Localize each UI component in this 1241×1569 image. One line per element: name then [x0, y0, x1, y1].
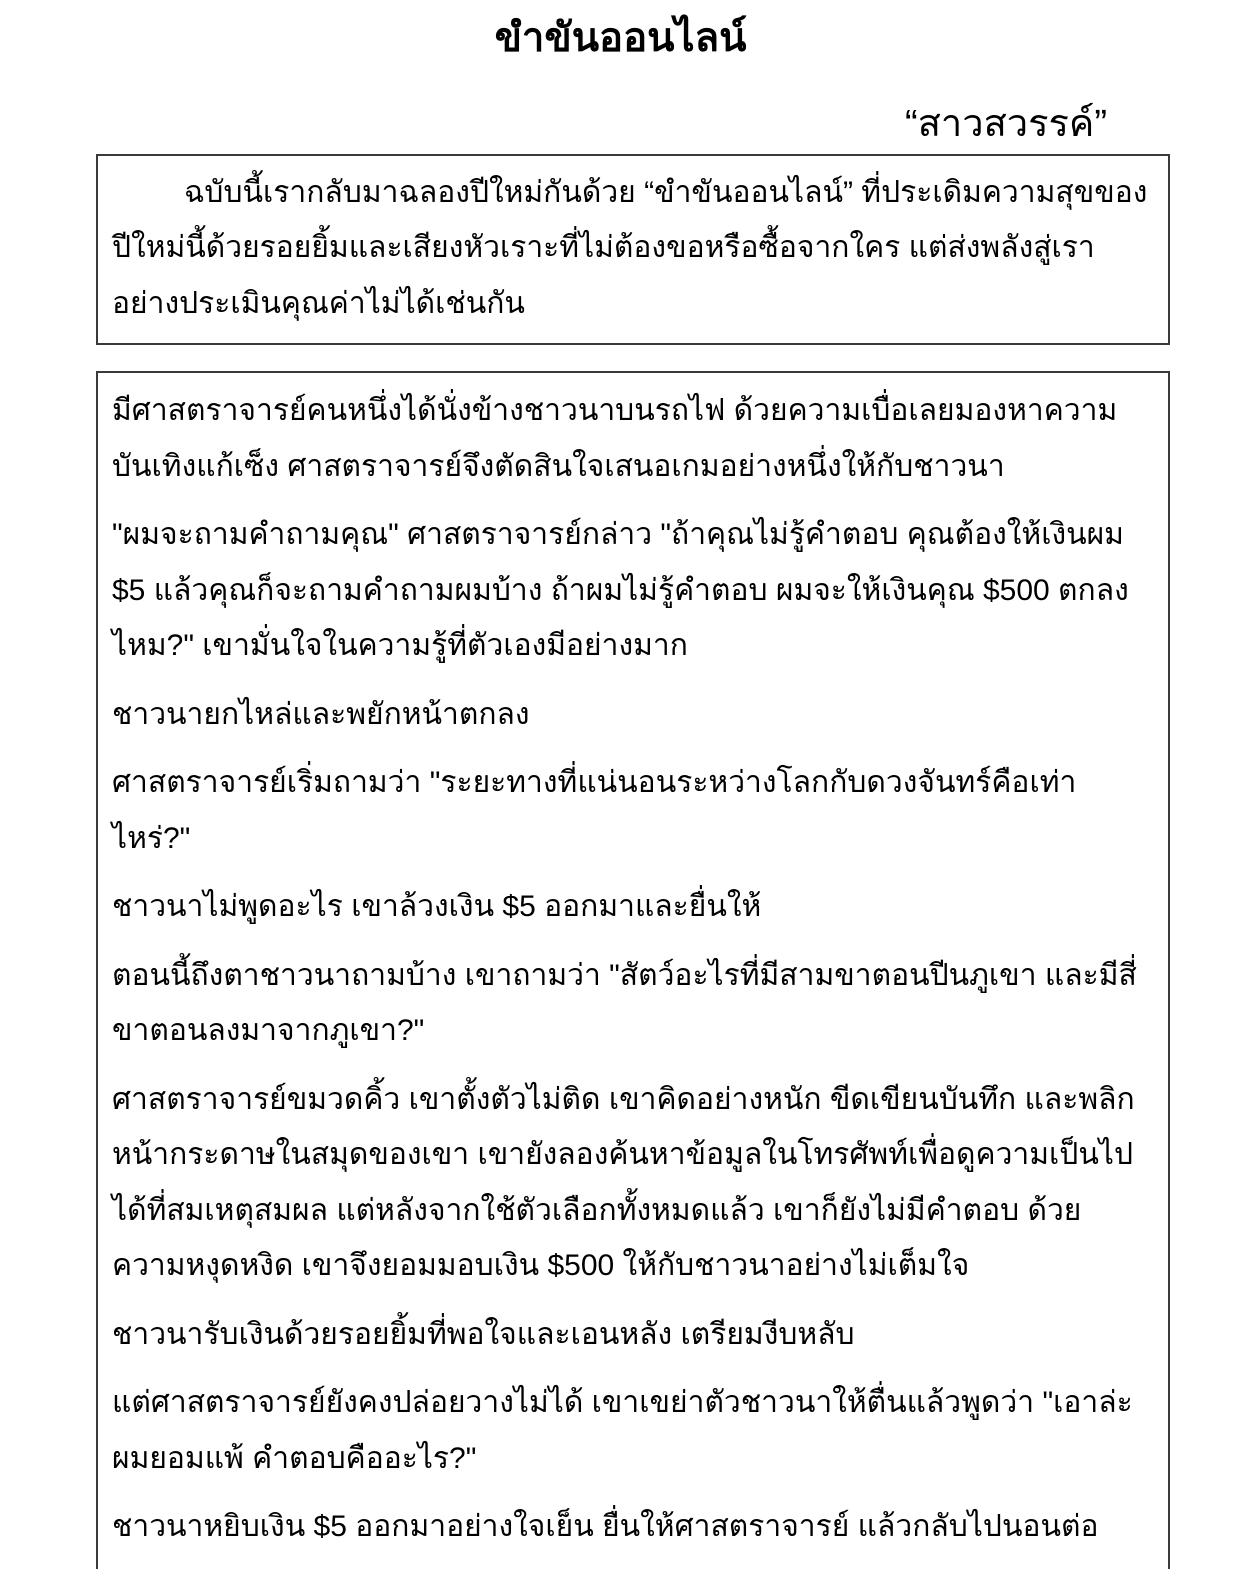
story-paragraph: แต่ศาสตราจารย์ยังคงปล่อยวางไม่ได้ เขาเขย… — [112, 1375, 1154, 1486]
story-paragraph: ศาสตราจารย์ขมวดคิ้ว เขาตั้งตัวไม่ติด เขา… — [112, 1072, 1154, 1294]
story-paragraph: มีศาสตราจารย์คนหนึ่งได้นั่งข้างชาวนาบนรถ… — [112, 383, 1154, 494]
story-paragraph: ชาวนารับเงินด้วยรอยยิ้มที่พอใจและเอนหลัง… — [112, 1307, 1154, 1363]
story-paragraph: ชาวนายกไหล่และพยักหน้าตกลง — [112, 687, 1154, 743]
attribution: “สาวสวรรค์” — [0, 102, 1241, 148]
intro-paragraph: ฉบับนี้เรากลับมาฉลองปีใหม่กันด้วย “ขำขัน… — [112, 165, 1154, 332]
story-paragraph: ชาวนาหยิบเงิน $5 ออกมาอย่างใจเย็น ยื่นให… — [112, 1499, 1154, 1555]
story-paragraph: ศาสตราจารย์เริ่มถามว่า "ระยะทางที่แน่นอน… — [112, 755, 1154, 866]
story-box: มีศาสตราจารย์คนหนึ่งได้นั่งข้างชาวนาบนรถ… — [96, 371, 1170, 1569]
story-paragraph: ตอนนี้ถึงตาชาวนาถามบ้าง เขาถามว่า "สัตว์… — [112, 948, 1154, 1059]
story-paragraph: "ผมจะถามคำถามคุณ" ศาสตราจารย์กล่าว "ถ้าค… — [112, 507, 1154, 674]
intro-box: ฉบับนี้เรากลับมาฉลองปีใหม่กันด้วย “ขำขัน… — [96, 154, 1170, 346]
document-page: ขำขันออนไลน์ “สาวสวรรค์” ฉบับนี้เรากลับม… — [0, 0, 1241, 1569]
story-paragraph: ชาวนาไม่พูดอะไร เขาล้วงเงิน $5 ออกมาและย… — [112, 879, 1154, 935]
page-title: ขำขันออนไลน์ — [0, 0, 1241, 62]
